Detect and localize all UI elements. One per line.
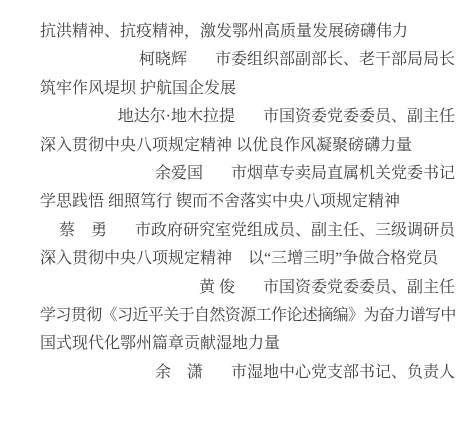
article-title-line: 深入贯彻中央八项规定精神 以“三增三明”争做合格党员 [40,245,455,273]
author-name: 余爱国 [155,160,203,188]
author-name: 柯晓辉 [139,46,187,74]
author-position: 市湿地中心党支部书记、负责人 [231,359,455,387]
author-name: 余 潇 [155,359,203,387]
author-position: 市国资委党委委员、副主任 [263,274,455,302]
author-name: 地达尔·地木拉提 [118,103,235,131]
author-line: 余爱国 市烟草专卖局直属机关党委书记 [40,160,455,188]
document-page: 抗洪精神、抗疫精神，激发鄂州高质量发展磅礴伟力 柯晓辉 市委组织部副部长、老干部… [0,0,470,433]
article-title-line: 抗洪精神、抗疫精神，激发鄂州高质量发展磅礴伟力 [40,18,455,46]
author-name: 蔡 勇 [59,217,107,245]
toc-entry: 深入贯彻中央八项规定精神 以优良作风凝聚磅礴力量 余爱国 市烟草专卖局直属机关党… [40,132,455,189]
author-position: 市国资委党委委员、副主任 [263,103,455,131]
author-position: 市烟草专卖局直属机关党委书记 [231,160,455,188]
article-title-line: 学习贯彻《习近平关于自然资源工作论述摘编》为奋力谱写中 [40,302,455,330]
author-line: 柯晓辉 市委组织部副部长、老干部局局长 [40,46,455,74]
toc-entry: 学习贯彻《习近平关于自然资源工作论述摘编》为奋力谱写中 国式现代化鄂州篇章贡献湿… [40,302,455,387]
article-title-line: 深入贯彻中央八项规定精神 以优良作风凝聚磅礴力量 [40,132,455,160]
author-line: 余 潇 市湿地中心党支部书记、负责人 [40,359,455,387]
author-line: 地达尔·地木拉提 市国资委党委委员、副主任 [40,103,455,131]
toc-entry: 抗洪精神、抗疫精神，激发鄂州高质量发展磅礴伟力 柯晓辉 市委组织部副部长、老干部… [40,18,455,75]
toc-entry: 学思践悟 细照笃行 锲而不舍落实中央八项规定精神 蔡 勇 市政府研究室党组成员、… [40,188,455,245]
author-position: 市委组织部副部长、老干部局局长 [215,46,455,74]
toc-entry: 筑牢作风堤坝 护航国企发展 地达尔·地木拉提 市国资委党委委员、副主任 [40,75,455,132]
article-title-line: 国式现代化鄂州篇章贡献湿地力量 [40,330,455,358]
author-line: 黄 俊 市国资委党委委员、副主任 [40,274,455,302]
article-title-line: 筑牢作风堤坝 护航国企发展 [40,75,455,103]
author-position: 市政府研究室党组成员、副主任、三级调研员 [135,217,455,245]
author-name: 黄 俊 [199,274,235,302]
article-title-line: 学思践悟 细照笃行 锲而不舍落实中央八项规定精神 [40,188,455,216]
author-line: 蔡 勇 市政府研究室党组成员、副主任、三级调研员 [40,217,455,245]
toc-entry: 深入贯彻中央八项规定精神 以“三增三明”争做合格党员 黄 俊 市国资委党委委员、… [40,245,455,302]
